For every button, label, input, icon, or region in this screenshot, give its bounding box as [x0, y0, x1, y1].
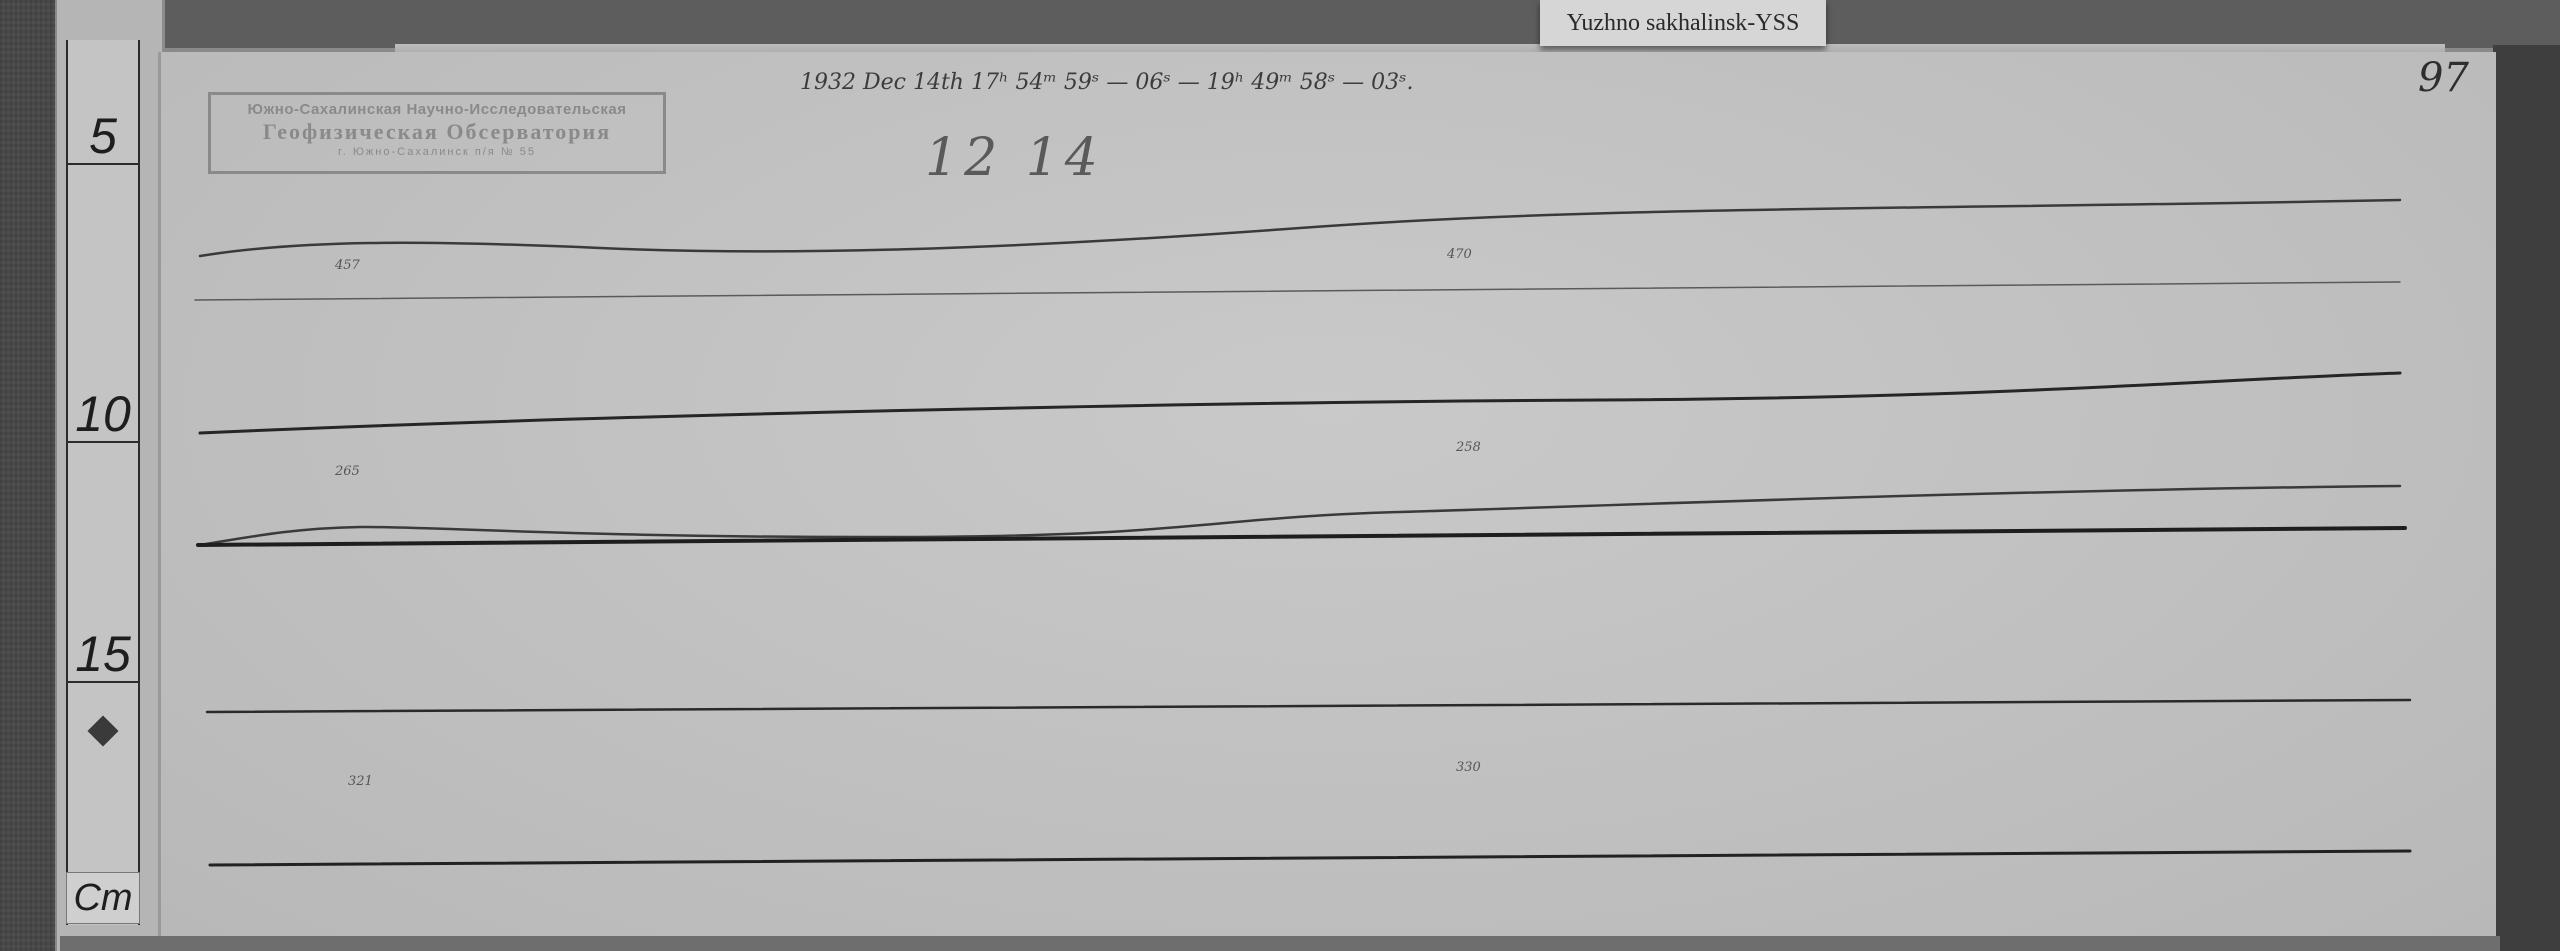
trace-6 — [207, 700, 2410, 712]
trace-2 — [195, 282, 2400, 300]
trace-mark: 330 — [1456, 760, 1481, 775]
observatory-stamp: Южно-Сахалинская Научно-Исследовательска… — [208, 92, 666, 174]
stamp-line-1: Южно-Сахалинская Научно-Исследовательска… — [211, 101, 663, 118]
record-time-note: 1932 Dec 14th 17ʰ 54ᵐ 59ˢ — 06ˢ — 19ʰ 49… — [800, 70, 1414, 95]
trace-mark: 457 — [335, 258, 360, 273]
stamp-line-3: г. Южно-Сахалинск п/я № 55 — [211, 146, 663, 158]
trace-1 — [200, 200, 2400, 256]
trace-mark: 258 — [1456, 440, 1481, 455]
trace-3 — [200, 373, 2400, 433]
trace-mark: 265 — [335, 464, 360, 479]
record-number: 12 14 — [925, 128, 1104, 188]
page-number: 97 — [2418, 55, 2469, 101]
trace-mark: 321 — [348, 774, 373, 789]
stamp-line-2: Геофизическая Обсерватория — [211, 119, 663, 145]
trace-7 — [210, 851, 2410, 865]
trace-mark: 470 — [1447, 247, 1472, 262]
